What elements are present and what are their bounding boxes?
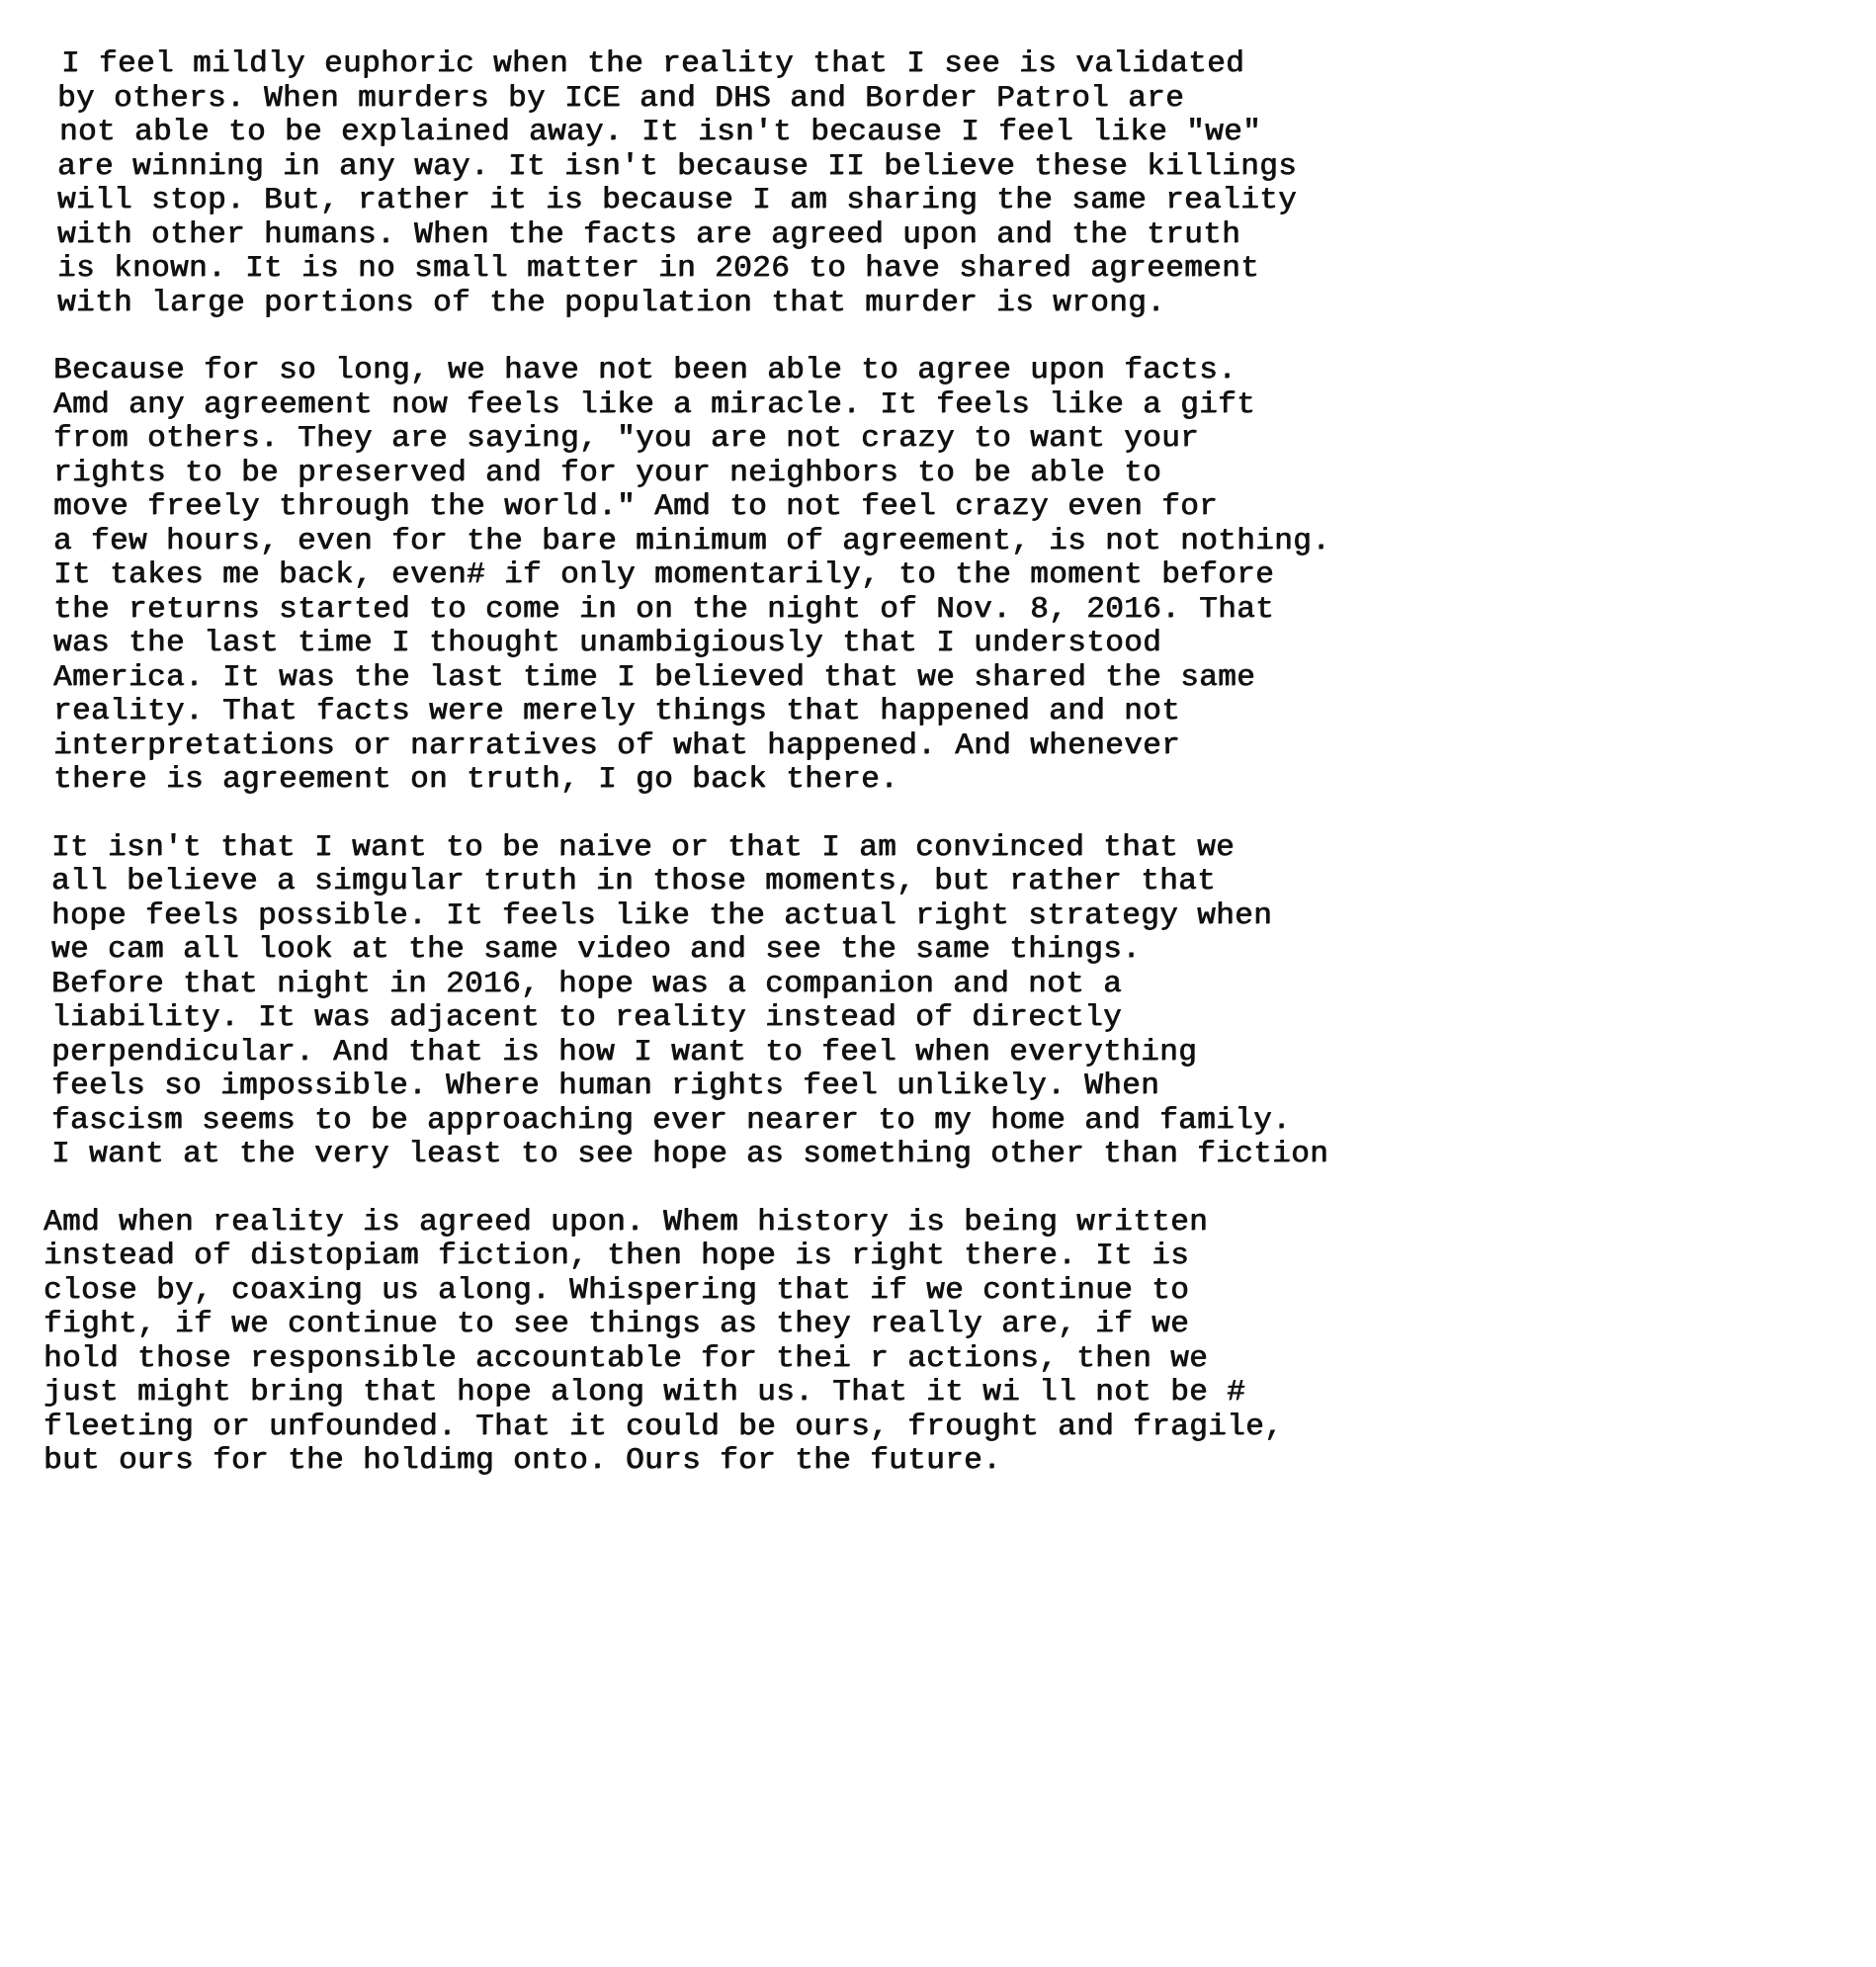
text-line: move freely through the world." Amd to n… — [53, 490, 1856, 525]
text-line: America. It was the last time I believed… — [53, 661, 1856, 696]
text-line: interpretations or narratives of what ha… — [53, 729, 1856, 764]
document-body: I feel mildly euphoric when the reality … — [57, 47, 1856, 1512]
text-line: I feel mildly euphoric when the reality … — [61, 47, 1856, 82]
text-line: Amd any agreement now feels like a mirac… — [53, 388, 1856, 423]
text-line: not able to be explained away. It isn't … — [59, 116, 1856, 150]
text-line: with large portions of the population th… — [57, 287, 1856, 321]
text-line: reality. That facts were merely things t… — [53, 695, 1856, 729]
text-line: rights to be preserved and for your neig… — [53, 457, 1856, 491]
text-line: feels so impossible. Where human rights … — [51, 1069, 1856, 1104]
text-line: hope feels possible. It feels like the a… — [51, 899, 1856, 934]
text-line: all believe a simgular truth in those mo… — [51, 865, 1856, 899]
text-line: was the last time I thought unambigiousl… — [53, 627, 1856, 661]
text-line: from others. They are saying, "you are n… — [53, 422, 1856, 457]
text-line: Amd when reality is agreed upon. Whem hi… — [43, 1206, 1856, 1240]
text-line: are winning in any way. It isn't because… — [57, 150, 1856, 185]
paragraph-1: I feel mildly euphoric when the reality … — [57, 47, 1856, 320]
text-line: the returns started to come in on the ni… — [53, 593, 1856, 628]
text-line: perpendicular. And that is how I want to… — [51, 1036, 1856, 1070]
text-line: close by, coaxing us along. Whispering t… — [43, 1274, 1856, 1309]
text-line: with other humans. When the facts are ag… — [57, 218, 1856, 253]
text-line: instead of distopiam fiction, then hope … — [43, 1240, 1856, 1274]
text-line: a few hours, even for the bare minimum o… — [53, 525, 1856, 559]
text-line: by others. When murders by ICE and DHS a… — [57, 82, 1856, 117]
text-line: hold those responsible accountable for t… — [43, 1342, 1856, 1377]
text-line: fleeting or unfounded. That it could be … — [43, 1411, 1856, 1445]
typewritten-page: I feel mildly euphoric when the reality … — [0, 0, 1876, 1967]
text-line: but ours for the holdimg onto. Ours for … — [43, 1444, 1856, 1479]
text-line: just might bring that hope along with us… — [43, 1376, 1856, 1411]
text-line: fascism seems to be approaching ever nea… — [51, 1104, 1856, 1139]
text-line: is known. It is no small matter in 2026 … — [57, 252, 1856, 287]
paragraph-2: Because for so long, we have not been ab… — [57, 354, 1856, 798]
text-line: there is agreement on truth, I go back t… — [53, 763, 1856, 798]
text-line: fight, if we continue to see things as t… — [43, 1308, 1856, 1342]
paragraph-4: Amd when reality is agreed upon. Whem hi… — [57, 1206, 1856, 1479]
paragraph-3: It isn't that I want to be naive or that… — [57, 831, 1856, 1172]
text-line: will stop. But, rather it is because I a… — [57, 184, 1856, 218]
text-line: I want at the very least to see hope as … — [51, 1138, 1856, 1172]
text-line: we cam all look at the same video and se… — [51, 933, 1856, 968]
text-line: Before that night in 2016, hope was a co… — [51, 968, 1856, 1002]
text-line: It isn't that I want to be naive or that… — [51, 831, 1856, 866]
text-line: It takes me back, even# if only momentar… — [53, 558, 1856, 593]
text-line: Because for so long, we have not been ab… — [53, 354, 1856, 388]
text-line: liability. It was adjacent to reality in… — [51, 1001, 1856, 1036]
